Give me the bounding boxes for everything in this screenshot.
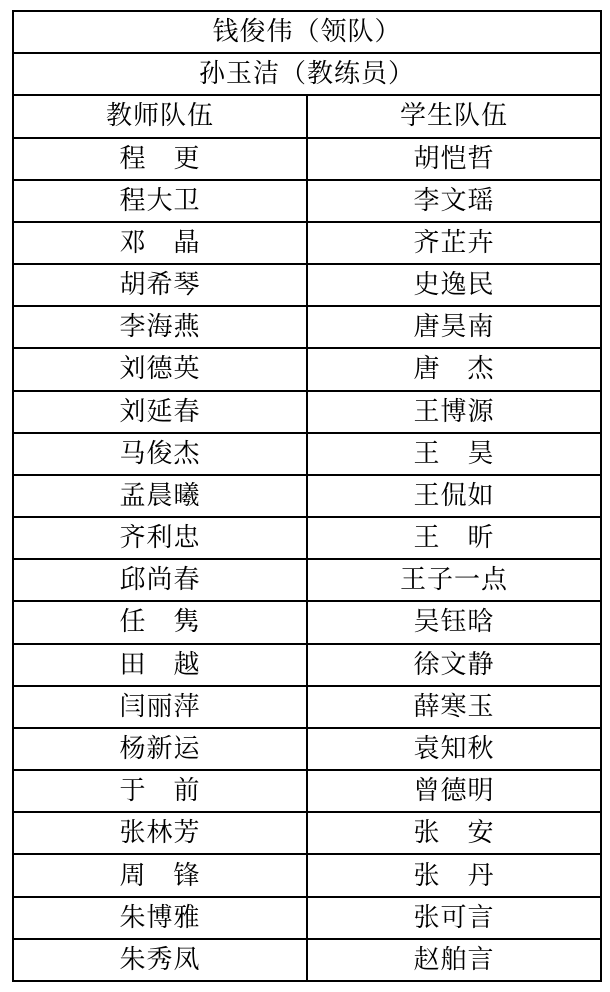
- table-row: 胡希琴 史逸民: [13, 264, 601, 306]
- student-name-cell: 吴钰晗: [307, 601, 601, 643]
- teacher-name-cell: 邱尚春: [13, 559, 307, 601]
- roster-table: 钱俊伟（领队） 孙玉洁（教练员） 教师队伍 学生队伍 程 更 胡恺哲 程大卫 李…: [12, 10, 602, 982]
- student-name-cell: 曾德明: [307, 770, 601, 812]
- student-name-cell: 王博源: [307, 391, 601, 433]
- teacher-name-cell: 马俊杰: [13, 433, 307, 475]
- student-column-header: 学生队伍: [307, 95, 601, 137]
- table-row: 闫丽萍 薛寒玉: [13, 686, 601, 728]
- teacher-name-cell: 周 锋: [13, 854, 307, 896]
- student-name-cell: 赵舶言: [307, 939, 601, 981]
- table-row: 于 前 曾德明: [13, 770, 601, 812]
- teacher-name-cell: 任 隽: [13, 601, 307, 643]
- student-name-cell: 胡恺哲: [307, 138, 601, 180]
- table-row: 朱博雅 张可言: [13, 897, 601, 939]
- student-name-cell: 张可言: [307, 897, 601, 939]
- coach-cell: 孙玉洁（教练员）: [13, 53, 601, 95]
- leader-cell: 钱俊伟（领队）: [13, 11, 601, 53]
- document-page: 钱俊伟（领队） 孙玉洁（教练员） 教师队伍 学生队伍 程 更 胡恺哲 程大卫 李…: [0, 0, 610, 992]
- table-row: 任 隽 吴钰晗: [13, 601, 601, 643]
- teacher-name-cell: 朱博雅: [13, 897, 307, 939]
- student-name-cell: 李文瑶: [307, 180, 601, 222]
- teacher-name-cell: 于 前: [13, 770, 307, 812]
- student-name-cell: 王 昊: [307, 433, 601, 475]
- student-name-cell: 徐文静: [307, 644, 601, 686]
- leader-row: 钱俊伟（领队）: [13, 11, 601, 53]
- teacher-name-cell: 刘延春: [13, 391, 307, 433]
- teacher-name-cell: 闫丽萍: [13, 686, 307, 728]
- table-row: 李海燕 唐昊南: [13, 306, 601, 348]
- student-name-cell: 唐昊南: [307, 306, 601, 348]
- table-row: 杨新运 袁知秋: [13, 728, 601, 770]
- teacher-name-cell: 齐利忠: [13, 517, 307, 559]
- table-row: 邓 晶 齐芷卉: [13, 222, 601, 264]
- teacher-name-cell: 朱秀凤: [13, 939, 307, 981]
- teacher-name-cell: 张林芳: [13, 812, 307, 854]
- table-row: 田 越 徐文静: [13, 644, 601, 686]
- teacher-name-cell: 李海燕: [13, 306, 307, 348]
- student-name-cell: 齐芷卉: [307, 222, 601, 264]
- student-name-cell: 史逸民: [307, 264, 601, 306]
- table-row: 张林芳 张 安: [13, 812, 601, 854]
- student-name-cell: 王 昕: [307, 517, 601, 559]
- table-row: 邱尚春 王子一点: [13, 559, 601, 601]
- student-name-cell: 王侃如: [307, 475, 601, 517]
- student-name-cell: 王子一点: [307, 559, 601, 601]
- teacher-name-cell: 胡希琴: [13, 264, 307, 306]
- student-name-cell: 袁知秋: [307, 728, 601, 770]
- table-row: 齐利忠 王 昕: [13, 517, 601, 559]
- teacher-name-cell: 田 越: [13, 644, 307, 686]
- teacher-name-cell: 孟晨曦: [13, 475, 307, 517]
- table-row: 孟晨曦 王侃如: [13, 475, 601, 517]
- teacher-name-cell: 程 更: [13, 138, 307, 180]
- table-row: 周 锋 张 丹: [13, 854, 601, 896]
- table-row: 程大卫 李文瑶: [13, 180, 601, 222]
- student-name-cell: 张 丹: [307, 854, 601, 896]
- column-header-row: 教师队伍 学生队伍: [13, 95, 601, 137]
- student-name-cell: 薛寒玉: [307, 686, 601, 728]
- table-row: 刘延春 王博源: [13, 391, 601, 433]
- table-row: 刘德英 唐 杰: [13, 348, 601, 390]
- teacher-name-cell: 刘德英: [13, 348, 307, 390]
- student-name-cell: 唐 杰: [307, 348, 601, 390]
- table-row: 朱秀凤 赵舶言: [13, 939, 601, 981]
- teacher-column-header: 教师队伍: [13, 95, 307, 137]
- coach-row: 孙玉洁（教练员）: [13, 53, 601, 95]
- table-row: 程 更 胡恺哲: [13, 138, 601, 180]
- teacher-name-cell: 程大卫: [13, 180, 307, 222]
- student-name-cell: 张 安: [307, 812, 601, 854]
- teacher-name-cell: 邓 晶: [13, 222, 307, 264]
- table-row: 马俊杰 王 昊: [13, 433, 601, 475]
- teacher-name-cell: 杨新运: [13, 728, 307, 770]
